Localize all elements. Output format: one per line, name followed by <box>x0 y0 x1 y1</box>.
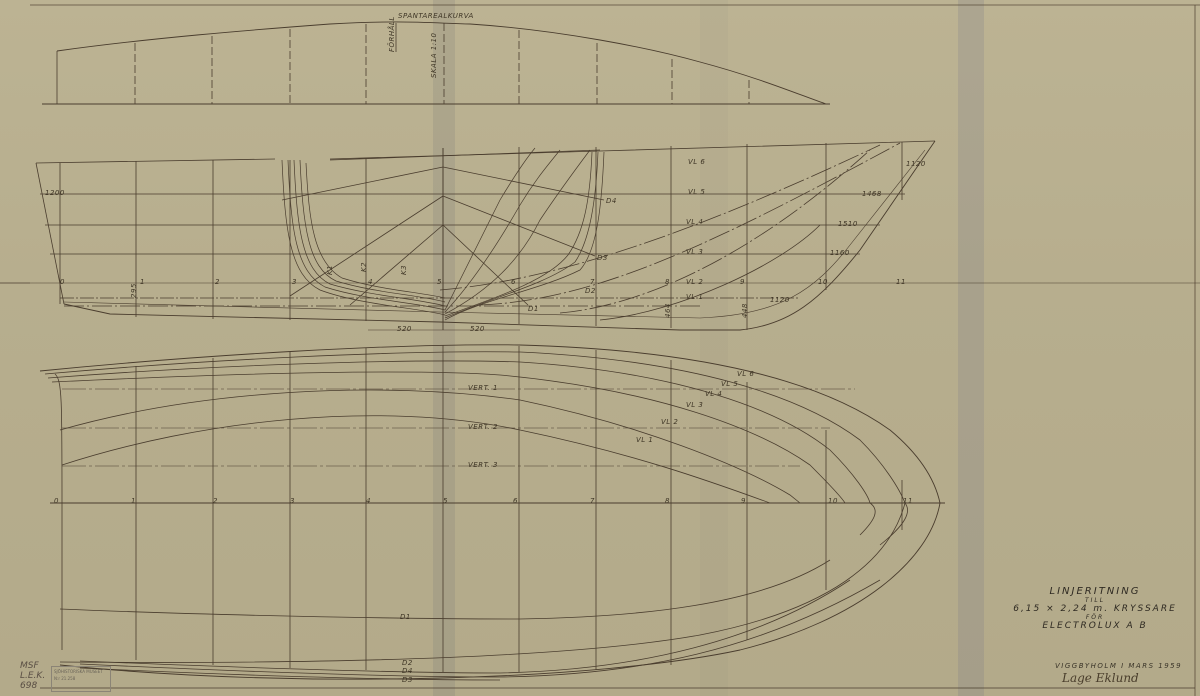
marker-right: SKALA 1:10 <box>430 33 438 78</box>
profile-view <box>0 141 1200 330</box>
body-plan-label: K2 <box>360 262 368 272</box>
station-label: 0 <box>60 278 65 286</box>
body-plan-label: K1 <box>326 265 334 275</box>
station-label: 11 <box>896 278 906 286</box>
half-breadth-left: 520 <box>397 325 412 333</box>
client-name: ELECTROLUX A B <box>1000 621 1190 631</box>
station-label: 6 <box>513 497 518 505</box>
designer-signature: Lage Eklund <box>1062 671 1139 685</box>
waterline-label: VL 3 <box>686 401 703 409</box>
title-connector: FÖR <box>1000 614 1190 621</box>
stem-dimension: 1468 <box>862 190 882 198</box>
station-label: 4 <box>366 497 371 505</box>
waterline-label: VL 1 <box>686 293 703 301</box>
station-label: 7 <box>590 278 595 286</box>
diagonal-label: D4 <box>606 197 617 205</box>
station-label: 10 <box>818 278 828 286</box>
stamp-museum-name: SJÖHISTORISKA MUSEET <box>52 667 110 674</box>
station-label: 3 <box>292 278 297 286</box>
station-label: 5 <box>437 278 442 286</box>
waterline-label: VL 4 <box>686 218 703 226</box>
waterline-label: VL 2 <box>686 278 703 286</box>
sectional-area-curve-label: SPANTAREALKURVA <box>398 12 474 20</box>
waterline-label: VL 5 <box>721 380 738 388</box>
station-label: 5 <box>443 497 448 505</box>
waterline-label: VL 2 <box>661 418 678 426</box>
diagonal-label: D3 <box>402 676 413 684</box>
waterline-label: VL 1 <box>636 436 653 444</box>
stamp-number: N:r 21.258 <box>52 674 110 681</box>
stem-dimension: 1120 <box>906 160 926 168</box>
archive-handwritten-ref: MSF L.E.K. 698 <box>20 661 45 691</box>
station-label: 9 <box>741 497 746 505</box>
station-label: 8 <box>665 497 670 505</box>
station-height: 448 <box>741 303 749 318</box>
museum-stamp: SJÖHISTORISKA MUSEET N:r 21.258 <box>51 666 111 692</box>
vessel-spec: 6,15 × 2,24 m. KRYSSARE <box>1000 604 1190 614</box>
diagonal-label: D2 <box>585 287 596 295</box>
station-label: 10 <box>828 497 838 505</box>
station-label: 6 <box>511 278 516 286</box>
station-label: 3 <box>290 497 295 505</box>
station-label: 0 <box>54 497 59 505</box>
waterline-label: VL 3 <box>686 248 703 256</box>
station-label: 4 <box>368 278 373 286</box>
station-label: 11 <box>903 497 913 505</box>
diagonal-label: D4 <box>402 667 413 675</box>
stem-dimension: 1120 <box>770 296 790 304</box>
station-height: 295 <box>130 283 138 298</box>
stem-dimension: 1160 <box>830 249 850 257</box>
vertical-label: VERT. 3 <box>468 461 498 469</box>
station-height: 464 <box>664 303 672 318</box>
place-date: VIGGBYHOLM I MARS 1959 <box>1055 662 1182 670</box>
station-label: 1 <box>131 497 136 505</box>
title-connector: TILL <box>1000 597 1190 604</box>
waterline-label: VL 6 <box>737 370 754 378</box>
drawing-title: LINJERITNING <box>1000 586 1190 597</box>
title-block: LINJERITNING TILL 6,15 × 2,24 m. KRYSSAR… <box>1000 586 1190 631</box>
station-label: 8 <box>665 278 670 286</box>
diagonal-label: D1 <box>528 305 539 313</box>
station-label: 9 <box>740 278 745 286</box>
body-plan-label: K3 <box>400 265 408 275</box>
waterline-label: VL 6 <box>688 158 705 166</box>
half-breadth-right: 520 <box>470 325 485 333</box>
waterline-label: VL 5 <box>688 188 705 196</box>
vertical-label: VERT. 2 <box>468 423 498 431</box>
station-label: 2 <box>215 278 220 286</box>
diagonal-label: D1 <box>400 613 411 621</box>
diagonal-label: D3 <box>597 254 608 262</box>
plan-view <box>40 345 1195 688</box>
station-label: 1 <box>140 278 145 286</box>
diagonal-label: D2 <box>402 659 413 667</box>
station-label: 7 <box>590 497 595 505</box>
marker-left: FÖRHÅLL <box>388 16 396 52</box>
vertical-label: VERT. 1 <box>468 384 498 392</box>
waterline-label: VL 4 <box>705 390 722 398</box>
transom-height: 1200 <box>45 189 65 197</box>
station-label: 2 <box>213 497 218 505</box>
stem-dimension: 1510 <box>838 220 858 228</box>
